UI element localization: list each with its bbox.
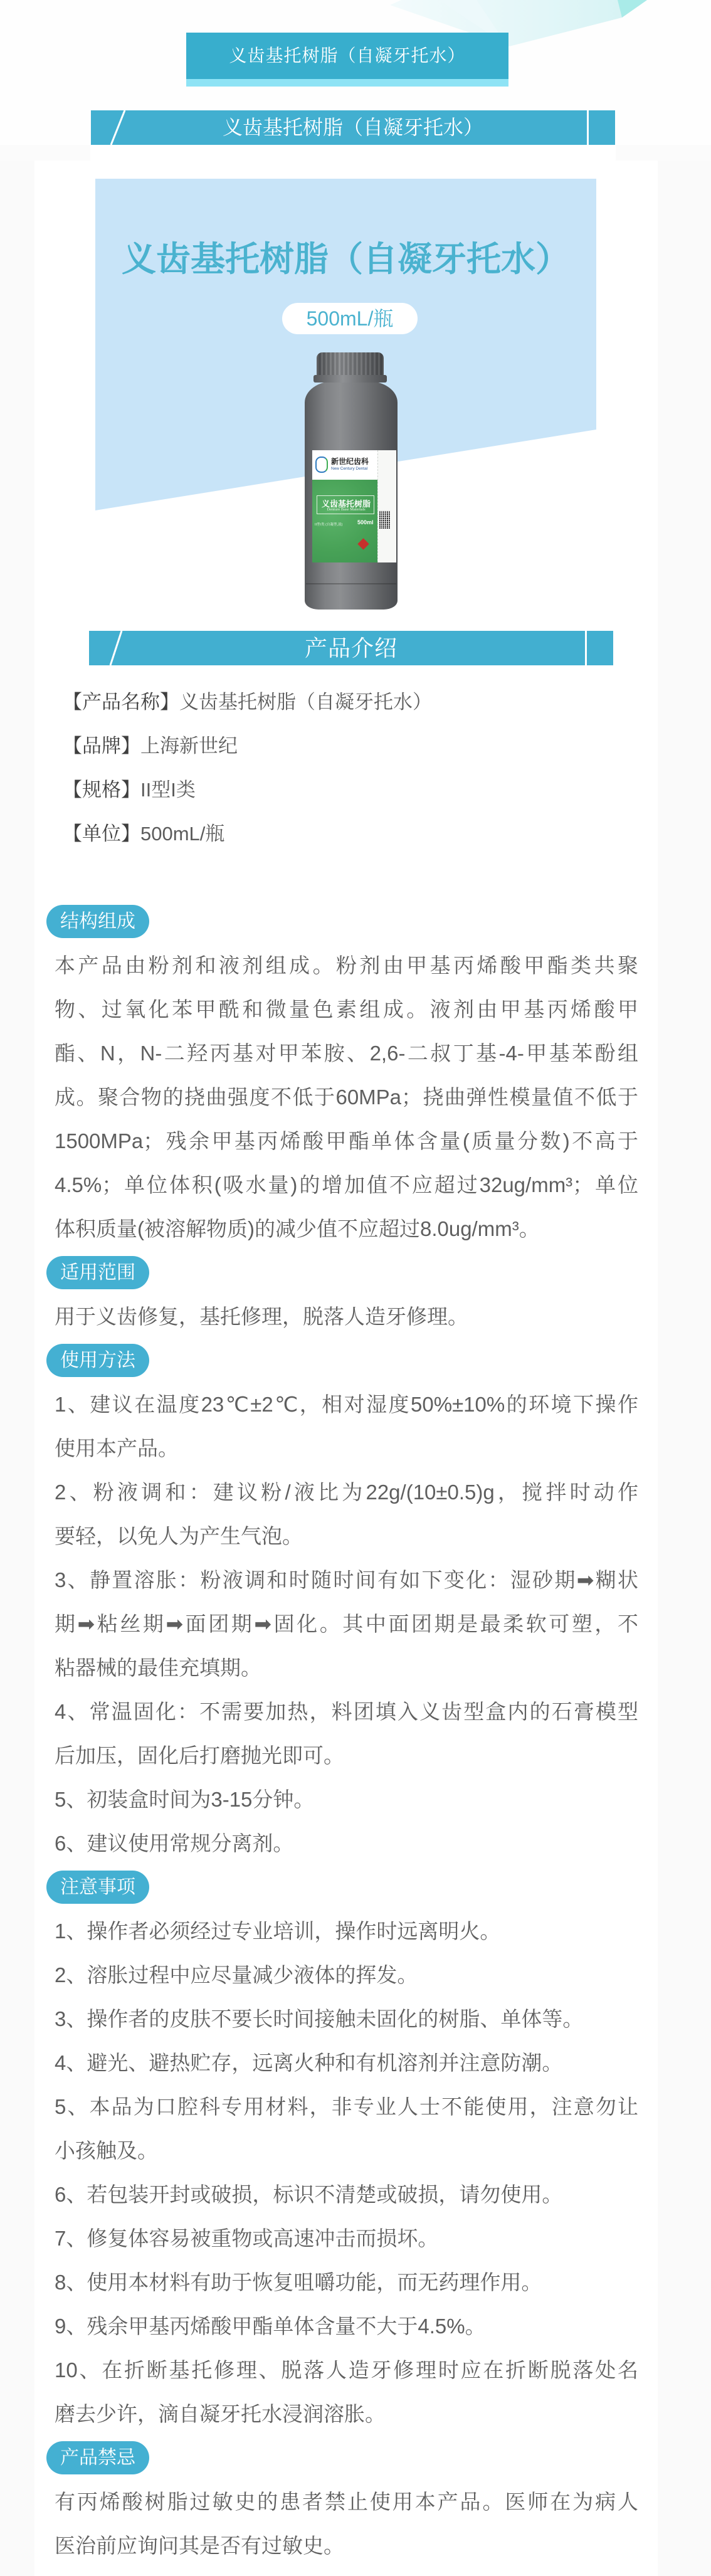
paragraph-line: 3、静置溶胀：粉液调和时随时间有如下变化：湿砂期➡糊状: [55, 1558, 638, 1602]
intro-item-brand: 【品牌】上海新世纪: [63, 724, 638, 768]
section-usage-header: 使用方法: [46, 1339, 638, 1383]
top-title-banner: 义齿基托树脂（自凝牙托水）: [186, 33, 508, 79]
text-row: 本产品由粉剂和液剂组成。粉剂由甲基丙烯酸甲酯类共聚: [46, 944, 638, 988]
text-row: 2、溶胀过程中应尽量减少液体的挥发。: [46, 1953, 638, 1997]
text-row: 小孩触及。: [46, 2129, 638, 2173]
paragraph-line: 小孩触及。: [55, 2129, 638, 2173]
text-row: 酯、N，N-二羟丙基对甲苯胺、2,6-二叔丁基-4-甲基苯酚组: [46, 1032, 638, 1075]
volume-badge: 500mL/瓶: [282, 303, 418, 334]
text-row: 3、操作者的皮肤不要长时间接触未固化的树脂、单体等。: [46, 1997, 638, 2041]
text-row: 10、在折断基托修理、脱落人造牙修理时应在折断脱落处名: [46, 2348, 638, 2392]
intro-value: 上海新世纪: [140, 735, 238, 757]
intro-value: 500mL/瓶: [140, 823, 224, 845]
intro-label: 【产品名称】: [63, 691, 179, 713]
top-title-banner-strip: [186, 79, 508, 87]
text-row: 2、粉液调和：建议粉/液比为22g/(10±0.5)g，搅拌时动作: [46, 1470, 638, 1514]
section-pill: 产品禁忌: [46, 2441, 149, 2474]
intro-label: 【规格】: [63, 779, 140, 801]
bottle-label: 新世纪齿科 New Century Dental 义齿基托树脂 Denture …: [312, 450, 396, 562]
intro-list: 【产品名称】义齿基托树脂（自凝牙托水） 【品牌】上海新世纪 【规格】II型I类 …: [63, 680, 638, 856]
text-row: 成。聚合物的挠曲强度不低于60MPa；挠曲弹性模量值不低于: [46, 1075, 638, 1119]
text-row: 用于义齿修复，基托修理，脱落人造牙修理。: [46, 1295, 638, 1339]
label-product-box: 义齿基托树脂 Denture Base Materials: [317, 495, 374, 514]
intro-item-name: 【产品名称】义齿基托树脂（自凝牙托水）: [63, 680, 638, 724]
paragraph-line: 3、操作者的皮肤不要长时间接触未固化的树脂、单体等。: [55, 1997, 638, 2041]
paragraph-line: 要轻，以免人为产生气泡。: [55, 1514, 638, 1558]
paragraph-line: 10、在折断基托修理、脱落人造牙修理时应在折断脱落处名: [55, 2348, 638, 2392]
paragraph-line: 9、残余甲基丙烯酸甲酯单体含量不大于4.5%。: [55, 2304, 638, 2348]
brand-logo-icon: [315, 457, 328, 473]
text-row: 3、静置溶胀：粉液调和时随时间有如下变化：湿砂期➡糊状: [46, 1558, 638, 1602]
text-row: 1、操作者必须经过专业培训，操作时远离明火。: [46, 1909, 638, 1953]
paragraph-line: 磨去少许，滴自凝牙托水浸润溶胀。: [55, 2392, 638, 2436]
paragraph-line: 用于义齿修复，基托修理，脱落人造牙修理。: [55, 1295, 638, 1339]
paragraph-line: 成。聚合物的挠曲强度不低于60MPa；挠曲弹性模量值不低于: [55, 1075, 638, 1119]
intro-label: 【单位】: [63, 823, 140, 845]
intro-heading: 产品介绍: [89, 631, 613, 665]
paragraph-line: 后加压，固化后打磨抛光即可。: [55, 1734, 638, 1778]
section-composition-header: 结构组成: [46, 900, 638, 944]
section-pill: 结构组成: [46, 905, 149, 938]
paragraph-line: 医治前应询问其是否有过敏史。: [55, 2524, 638, 2568]
paragraph-line: 4、避光、避热贮存，远离火种和有机溶剂并注意防潮。: [55, 2041, 638, 2085]
label-brand-en: New Century Dental: [331, 467, 367, 471]
label-product-en: Denture Base Materials: [317, 507, 375, 512]
bottle-cap-flange: [313, 375, 387, 383]
hero-title: 义齿基托树脂（自凝牙托水）: [95, 237, 596, 281]
paragraph-line: 1、操作者必须经过专业培训，操作时远离明火。: [55, 1909, 638, 1953]
text-row: 有丙烯酸树脂过敏史的患者禁止使用本产品。医师在为病人: [46, 2480, 638, 2524]
text-row: 要轻，以免人为产生气泡。: [46, 1514, 638, 1558]
text-row: 磨去少许，滴自凝牙托水浸润溶胀。: [46, 2392, 638, 2436]
paragraph-line: 4、常温固化：不需要加热，料团填入义齿型盒内的石膏模型: [55, 1690, 638, 1734]
label-side-strip: [377, 450, 396, 562]
paragraph-line: 本产品由粉剂和液剂组成。粉剂由甲基丙烯酸甲酯类共聚: [55, 944, 638, 988]
paragraph-line: 酯、N，N-二羟丙基对甲苯胺、2,6-二叔丁基-4-甲基苯酚组: [55, 1032, 638, 1075]
text-row: 粘器械的最佳充填期。: [46, 1646, 638, 1690]
paragraph-line: 6、若包装开封或破损，标识不清楚或破损，请勿使用。: [55, 2173, 638, 2217]
text-row: 物、过氧化苯甲酰和微量色素组成。液剂由甲基丙烯酸甲: [46, 988, 638, 1032]
intro-item-spec: 【规格】II型I类: [63, 768, 638, 812]
paragraph-line: 粘器械的最佳充填期。: [55, 1646, 638, 1690]
text-row: 8、使用本材料有助于恢复咀嚼功能，而无药理作用。: [46, 2261, 638, 2304]
text-row: 体积质量(被溶解物质)的减少值不应超过8.0ug/mm³。: [46, 1207, 638, 1251]
paragraph-line: 4.5%；单位体积(吸水量)的增加值不应超过32ug/mm³；单位: [55, 1163, 638, 1207]
paragraph-line: 2、粉液调和：建议粉/液比为22g/(10±0.5)g，搅拌时动作: [55, 1470, 638, 1514]
text-row: 1、建议在温度23℃±2℃，相对湿度50%±10%的环境下操作: [46, 1383, 638, 1427]
qr-code-icon: [379, 511, 391, 529]
text-row: 7、修复体容易被重物或高速冲击而损坏。: [46, 2217, 638, 2261]
paragraph-line: 有丙烯酸树脂过敏史的患者禁止使用本产品。医师在为病人: [55, 2480, 638, 2524]
intro-value: II型I类: [140, 779, 196, 801]
top-strip-center: [90, 145, 616, 161]
text-row: 4、避光、避热贮存，远离火种和有机溶剂并注意防潮。: [46, 2041, 638, 2085]
text-row: 5、本品为口腔科专用材料，非专业人士不能使用，注意勿让: [46, 2085, 638, 2129]
text-row: 4、常温固化：不需要加热，料团填入义齿型盒内的石膏模型: [46, 1690, 638, 1734]
paragraph-line: 5、初装盒时间为3-15分钟。: [55, 1778, 638, 1822]
product-detail-page: 义齿基托树脂（自凝牙托水） 义齿基托树脂（自凝牙托水） 义齿基托树脂（自凝牙托水…: [0, 0, 711, 2576]
section-precautions-header: 注意事项: [46, 1866, 638, 1909]
paragraph-line: 1、建议在温度23℃±2℃，相对湿度50%±10%的环境下操作: [55, 1383, 638, 1427]
paragraph-line: 体积质量(被溶解物质)的减少值不应超过8.0ug/mm³。: [55, 1207, 638, 1251]
text-row: 医治前应询问其是否有过敏史。: [46, 2524, 638, 2568]
section-pill: 使用方法: [46, 1344, 149, 1377]
paragraph-line: 8、使用本材料有助于恢复咀嚼功能，而无药理作用。: [55, 2261, 638, 2304]
section-contraindications-header: 产品禁忌: [46, 2436, 638, 2480]
text-row: 4.5%；单位体积(吸水量)的增加值不应超过32ug/mm³；单位: [46, 1163, 638, 1207]
label-product-type: II型I类 (自凝型,液): [315, 522, 342, 527]
paragraph-line: 7、修复体容易被重物或高速冲击而损坏。: [55, 2217, 638, 2261]
section-pill: 适用范围: [46, 1256, 149, 1289]
label-top: 新世纪齿科 New Century Dental: [312, 450, 377, 480]
paragraph-line: 6、建议使用常规分离剂。: [55, 1822, 638, 1866]
paragraph-line: 使用本产品。: [55, 1427, 638, 1470]
title-banner-text: 义齿基托树脂（自凝牙托水）: [91, 110, 615, 145]
intro-value: 义齿基托树脂（自凝牙托水）: [179, 691, 432, 713]
label-volume: 500ml: [357, 519, 374, 525]
text-row: 5、初装盒时间为3-15分钟。: [46, 1778, 638, 1822]
text-row: 6、若包装开封或破损，标识不清楚或破损，请勿使用。: [46, 2173, 638, 2217]
detail-sections: 结构组成 本产品由粉剂和液剂组成。粉剂由甲基丙烯酸甲酯类共聚 物、过氧化苯甲酰和…: [46, 900, 638, 2568]
text-row: 1500MPa；残余甲基丙烯酸甲酯单体含量(质量分数)不高于: [46, 1119, 638, 1163]
text-row: 使用本产品。: [46, 1427, 638, 1470]
section-scope-header: 适用范围: [46, 1251, 638, 1295]
label-brand-cn: 新世纪齿科: [331, 456, 369, 467]
intro-item-unit: 【单位】500mL/瓶: [63, 812, 638, 856]
intro-header: 产品介绍: [89, 631, 613, 665]
paragraph-line: 5、本品为口腔科专用材料，非专业人士不能使用，注意勿让: [55, 2085, 638, 2129]
paragraph-line: 物、过氧化苯甲酰和微量色素组成。液剂由甲基丙烯酸甲: [55, 988, 638, 1032]
text-row: 期➡粘丝期➡面团期➡固化。其中面团期是最柔软可塑，不: [46, 1602, 638, 1646]
bottle-cap-icon: [317, 352, 384, 376]
text-row: 6、建议使用常规分离剂。: [46, 1822, 638, 1866]
intro-label: 【品牌】: [63, 735, 140, 757]
title-banner: 义齿基托树脂（自凝牙托水）: [91, 110, 615, 145]
paragraph-line: 期➡粘丝期➡面团期➡固化。其中面团期是最柔软可塑，不: [55, 1602, 638, 1646]
text-row: 后加压，固化后打磨抛光即可。: [46, 1734, 638, 1778]
bottle-groove: [306, 583, 396, 584]
paragraph-line: 2、溶胀过程中应尽量减少液体的挥发。: [55, 1953, 638, 1997]
paragraph-line: 1500MPa；残余甲基丙烯酸甲酯单体含量(质量分数)不高于: [55, 1119, 638, 1163]
text-row: 9、残余甲基丙烯酸甲酯单体含量不大于4.5%。: [46, 2304, 638, 2348]
section-pill: 注意事项: [46, 1871, 149, 1904]
